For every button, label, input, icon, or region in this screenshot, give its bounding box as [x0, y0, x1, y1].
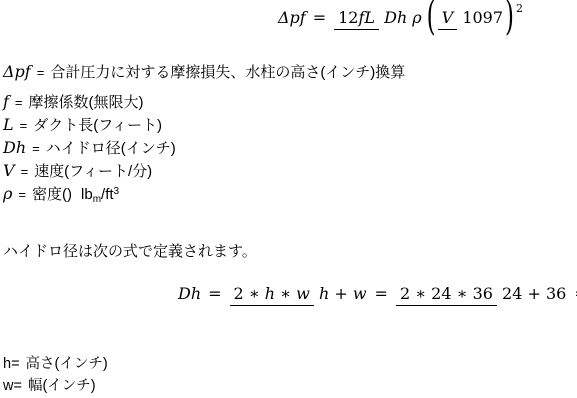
definition-text: 摩擦係数(無限大) — [29, 91, 144, 112]
formula1-fraction-12fL-Dh: 12fL Dh — [334, 8, 407, 27]
formula1-rho: ρ — [412, 8, 421, 27]
density-unit: lbm/ft3 — [81, 186, 119, 205]
formula1-numerator: 12fL — [334, 8, 379, 30]
formula2-fraction-numeric: 2 ∗ 24 ∗ 36 24 + 36 — [396, 284, 566, 303]
formula2-equals-1: = — [208, 284, 221, 303]
formula1-fraction-V-1097: V 1097 — [438, 8, 503, 27]
definition-rho: ρ = 密度() lbm/ft3 — [3, 183, 405, 206]
hydraulic-diameter-formula: Dh = 2 ∗ h ∗ w h + w = 2 ∗ 24 ∗ 36 24 + … — [178, 284, 577, 303]
formula2-equals-2: = — [375, 284, 388, 303]
definition-L: L = ダクト長(フィート) — [3, 114, 405, 137]
right-parenthesis: ) — [505, 0, 514, 40]
formula1-lhs: Δpf — [278, 8, 306, 27]
formula2-lhs: Dh — [178, 284, 201, 303]
definition-text: ハイドロ径(インチ) — [46, 137, 176, 158]
definition-V: V = 速度(フィート/分) — [3, 160, 405, 183]
var-w: w — [353, 284, 367, 303]
variable-definitions: Δpf = 合計圧力に対する摩擦損失、水柱の高さ(インチ)換算 f = 摩擦係数… — [3, 61, 405, 206]
symbol-h-equals: h= — [3, 356, 20, 372]
coef-2-times: 2 ∗ — [234, 284, 265, 303]
var-w: w — [296, 284, 310, 303]
footnote-w: w= 幅(インチ) — [3, 374, 108, 396]
footnote-text: 幅(インチ) — [28, 374, 96, 395]
formula1-inner-numerator: V — [438, 8, 458, 30]
formula1-num-coef: 12 — [338, 8, 358, 27]
symbol-rho: ρ — [3, 184, 12, 203]
equals-sign: = — [18, 187, 26, 202]
hydraulic-diameter-intro: ハイドロ径は次の式で定義されます。 — [3, 240, 257, 261]
plus-sign: + — [329, 284, 353, 303]
equals-sign: = — [32, 141, 40, 156]
formula1-num-vars: fL — [358, 8, 375, 27]
definition-text: 密度() — [32, 183, 72, 204]
formula2-fraction-symbolic: 2 ∗ h ∗ w h + w — [230, 284, 367, 303]
equals-sign: = — [21, 164, 29, 179]
symbol-f: f — [3, 92, 9, 111]
footnote-h: h= 高さ(インチ) — [3, 352, 108, 374]
footnote-definitions: h= 高さ(インチ) w= 幅(インチ) — [3, 352, 108, 396]
unit-per-ft: /ft — [101, 186, 114, 203]
unit-subscript-m: m — [93, 194, 101, 205]
left-parenthesis: ( — [427, 0, 436, 40]
footnote-text: 高さ(インチ) — [26, 352, 108, 373]
symbol-V: V — [3, 161, 15, 180]
definition-text: 速度(フィート/分) — [34, 160, 152, 181]
definition-text: ダクト長(フィート) — [33, 114, 162, 135]
formula1-denominator: Dh — [384, 6, 407, 27]
formula2-denominator-symbolic: h + w — [319, 282, 367, 303]
formula2-numerator-numeric: 2 ∗ 24 ∗ 36 — [396, 284, 497, 306]
symbol-L: L — [3, 115, 14, 134]
formula1-exponent: 2 — [516, 2, 523, 15]
formula2-denominator-numeric: 24 + 36 — [502, 282, 566, 303]
equals-sign: = — [20, 118, 28, 133]
times-sign: ∗ — [275, 284, 296, 303]
definition-delta-pf: Δpf = 合計圧力に対する摩擦損失、水柱の高さ(インチ)換算 — [3, 61, 405, 84]
formula2-numerator-symbolic: 2 ∗ h ∗ w — [230, 284, 314, 306]
var-h: h — [265, 284, 275, 303]
unit-superscript-3: 3 — [114, 186, 120, 197]
symbol-Dh: Dh — [3, 138, 26, 157]
unit-lb: lb — [81, 186, 93, 203]
var-h: h — [319, 284, 329, 303]
equals-sign: = — [15, 95, 23, 110]
definition-Dh: Dh = ハイドロ径(インチ) — [3, 137, 405, 160]
document-page: Δpf = 12fL Dh ρ ( V 1097 ) 2 Δpf = 合計圧力に… — [0, 0, 577, 398]
definition-f: f = 摩擦係数(無限大) — [3, 91, 405, 114]
symbol-w-equals: w= — [3, 378, 22, 394]
symbol-delta-pf: Δpf — [3, 62, 31, 81]
definition-text: 合計圧力に対する摩擦損失、水柱の高さ(インチ)換算 — [50, 61, 405, 82]
equals-sign: = — [37, 65, 45, 80]
pressure-loss-formula: Δpf = 12fL Dh ρ ( V 1097 ) 2 — [278, 4, 523, 30]
formula1-inner-denominator: 1097 — [462, 6, 503, 27]
formula1-equals: = — [313, 8, 326, 27]
